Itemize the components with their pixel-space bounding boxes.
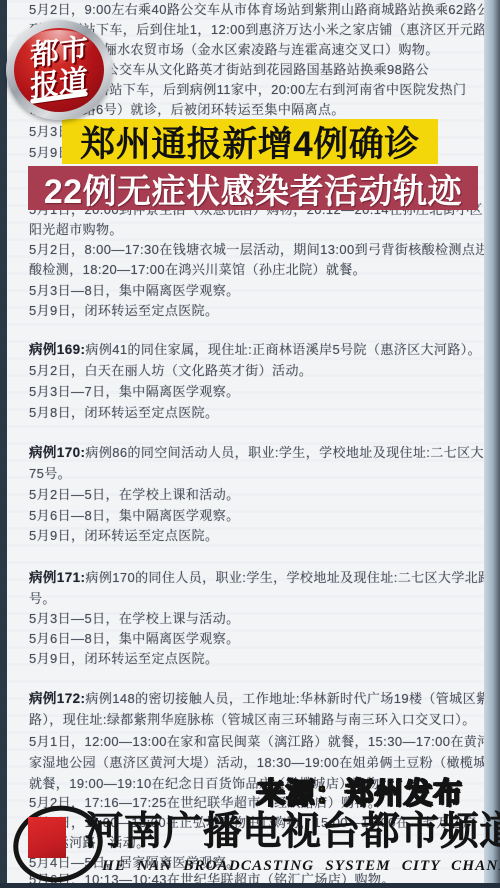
case-id: 病例171: — [29, 570, 85, 585]
doc-line: 5月9日，闭环转运至定点医院。 — [29, 528, 487, 543]
headline-line1: 郑州通报新增4例确诊 — [62, 119, 438, 164]
case-intro: 病例86的同空间活动人员，职业:学生，学校地址及现住址:二七区大学北路 — [85, 445, 487, 460]
doc-line: 酸检测，18:20—17:00在鸿兴川菜馆（孙庄北院）就餐。 — [29, 262, 487, 277]
doc-line: 5月2日，白天在丽人坊（文化路英才街）活动。 — [29, 363, 487, 378]
doc-line: 5月8日，闭环转运至定点医院。 — [29, 405, 487, 420]
doc-line: 家湿地公园（惠济区黄河大堤）活动，18:30—19:00在姐弟俩土豆粉（橄榄城店… — [29, 755, 487, 770]
doc-line: 诊（东风路6号）就诊，后被闭环转运至集中隔离点。 — [29, 102, 487, 117]
dushi-baodao-logo: 都市 报道 — [6, 20, 112, 120]
channel-name-cn: 河南广播电视台都市频道 — [84, 808, 484, 856]
doc-line: 75号。 — [29, 466, 487, 481]
doc-line: 5月1日，12:00—13:00在家和富民闽菜（漓江路）就餐，15:30—17:… — [29, 734, 487, 749]
doc-line: 路），现住址:绿都紫荆华庭脉栋（管城区南三环辅路与南三环入口交叉口）。 — [29, 712, 487, 727]
doc-line: 5月6日—8日，集中隔离医学观察。 — [29, 631, 487, 646]
doc-line: 号。 — [29, 591, 487, 606]
doc-line: 5月2日，9:00左右乘40路公交车从市体育场站到紫荆山路商城路站换乘62路公交… — [29, 2, 487, 17]
case-intro: 病例170的同住人员，职业:学生，学校地址及现住址:二七区大学北路75 — [85, 570, 487, 585]
doc-line: 5月3日—7日，集中隔离医学观察。 — [29, 384, 487, 399]
case-id: 病例169: — [29, 342, 85, 357]
photo-edge-bottom — [0, 883, 500, 888]
photo-edge-right — [484, 0, 500, 888]
case-heading: 病例170:病例86的同空间活动人员，职业:学生，学校地址及现住址:二七区大学北… — [29, 445, 487, 460]
case-id: 病例172: — [29, 691, 85, 706]
doc-line: 5月9日，闭环转运至定点医院。 — [29, 651, 487, 666]
channel-name-en: HE NAN BROADCASTING SYSTEM CITY CHANNEL — [102, 858, 492, 875]
case-intro: 病例148的密切接触人员，工作地址:华林新时代广场19楼（管城区紫荆山 — [85, 691, 487, 706]
case-intro: 病例41的同住家属，现住址:正商林语溪岸5号院（惠济区大河路）。 — [85, 342, 481, 357]
dushi-baodao-logo-disc: 都市 报道 — [14, 28, 104, 112]
channel-logo-red-square — [28, 817, 66, 858]
doc-line: 5月9日，闭环转运至定点医院。 — [29, 303, 487, 318]
doc-line: 5月6日—8日，集中隔离医学观察。 — [29, 508, 487, 523]
headline-line2: 22例无症状感染者活动轨迹 — [28, 166, 478, 210]
doc-line: 5月2日—5日，在学校上课和活动。 — [29, 487, 487, 502]
doc-line: 5月3日—8日，集中隔离医学观察。 — [29, 283, 487, 298]
doc-line: 阳光超市购物。 — [29, 222, 487, 237]
case-heading: 病例172:病例148的密切接触人员，工作地址:华林新时代广场19楼（管城区紫荆… — [29, 691, 487, 706]
case-heading: 病例169:病例41的同住家属，现住址:正商林语溪岸5号院（惠济区大河路）。 — [29, 342, 487, 357]
source-stamp: 来源：郑州发布 — [256, 771, 463, 812]
case-id: 病例170: — [29, 445, 85, 460]
case-heading: 病例171:病例170的同住人员，职业:学生，学校地址及现住址:二七区大学北路7… — [29, 570, 487, 585]
doc-line: 5月3日—5日，在学校上课与活动。 — [29, 611, 487, 626]
doc-line: 5月2日，8:00—17:30在钱塘衣城一层活动，期间13:00到弓背街核酸检测… — [29, 242, 487, 257]
